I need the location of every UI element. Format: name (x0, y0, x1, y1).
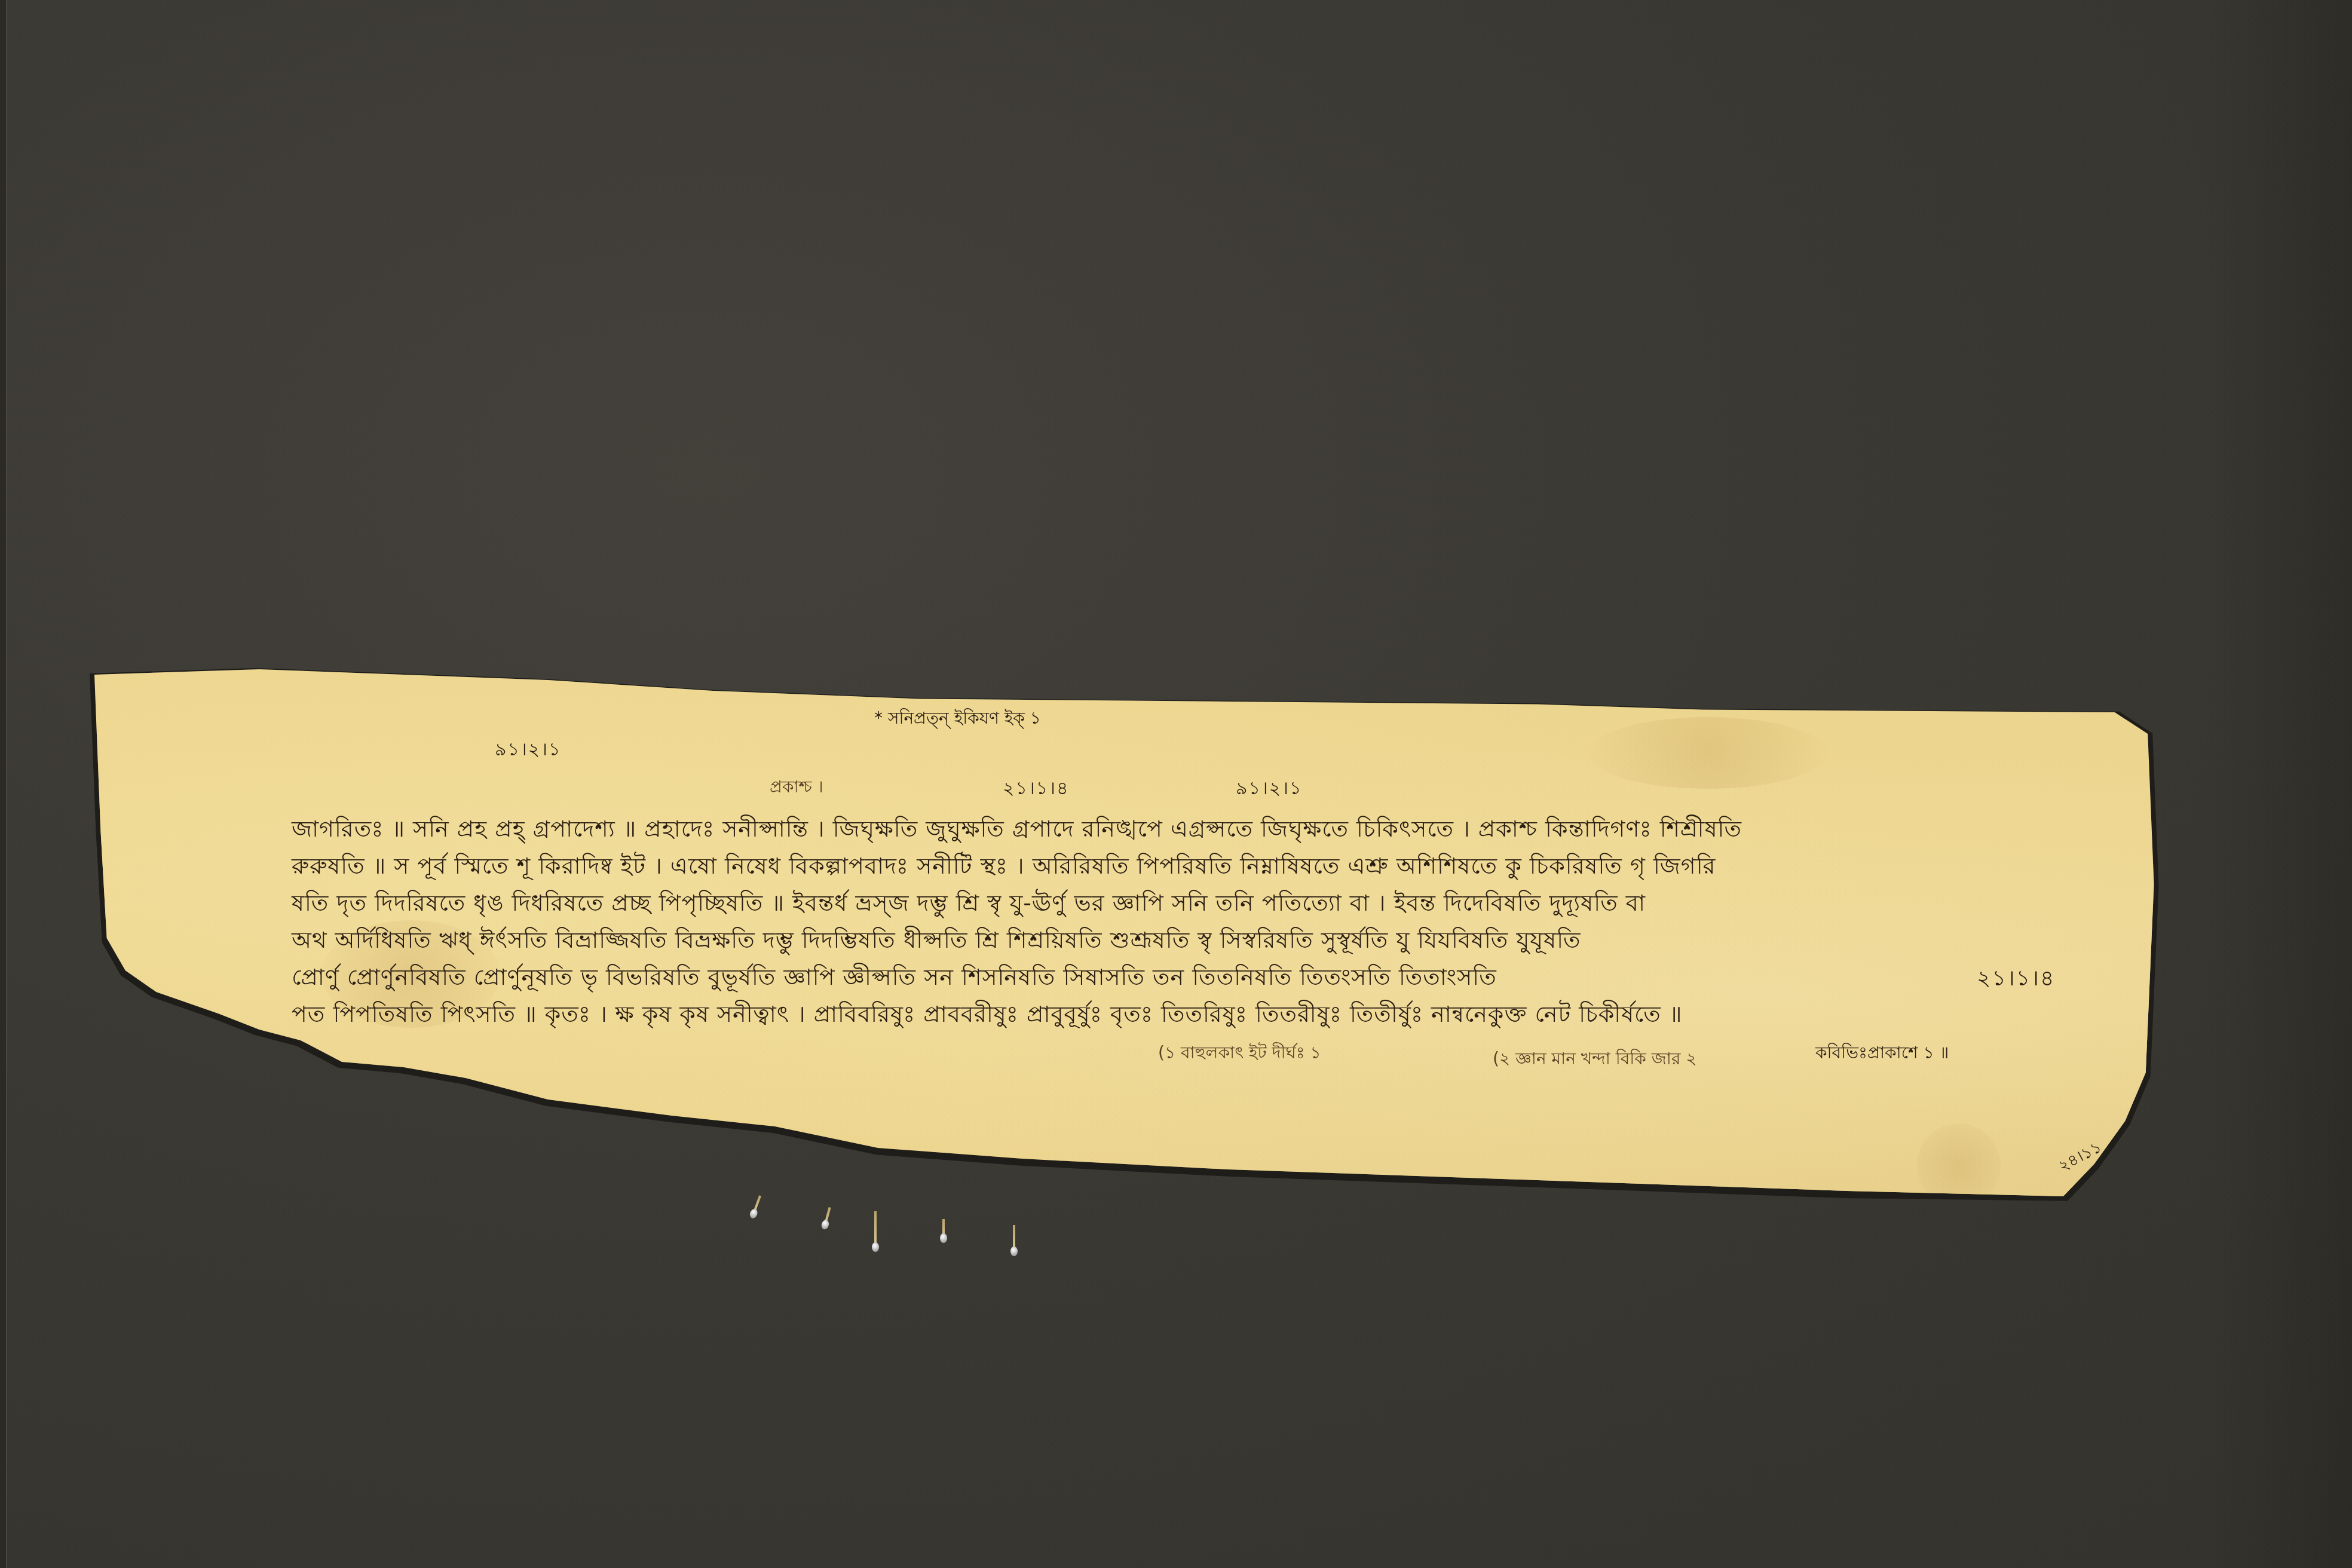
top-insertion: প্রকাশ্চ । (770, 774, 823, 802)
paper-stain (1588, 717, 1827, 789)
right-margin-number: ২১।১।৪ (1977, 962, 2055, 998)
manuscript-folio: ৯১।২।১ * সনিপ্রত্ন্ ইকিযণ ইক্ ১ প্রকাশ্চ… (94, 669, 2156, 1207)
folio-number-left: ৯১।২।১ (495, 735, 561, 765)
footnote-1: (১ বাহুলকাৎ ইট দীর্ঘঃ ১ (1158, 1040, 1321, 1068)
text-line-1: জাগরিতঃ ॥ সনি প্রহ প্রহ্‌ গ্রপাদেশ্য ॥ প… (292, 811, 1742, 850)
pin (942, 1219, 945, 1237)
footnote-2: (২ জ্ঞান মান খন্দা বিকি জার ২ (1493, 1046, 1697, 1074)
text-line-2: রুরুষতি ॥ স পূর্ব স্মিতে শূ কিরাদিষ্ব ইট… (292, 849, 1716, 887)
footnote-3: কবিভিঃপ্রাকাশে ১ ॥ (1815, 1040, 1949, 1068)
text-line-4: অথ অর্দিধিষতি ঋধ্‌ ঈর্ৎসতি বিভ্রাজ্জিষতি… (292, 923, 1581, 961)
catalog-number: ২৪।১১ (2054, 1135, 2106, 1180)
folio-number-right: ৯১।২।১ (1236, 774, 1302, 804)
board-left-edge (0, 0, 7, 1568)
pin (1013, 1225, 1015, 1250)
top-annotation: * সনিপ্রত্ন্ ইকিযণ ইক্ ১ (874, 705, 1041, 733)
text-line-3: ষতি দৃত দিদরিষতে ধৃঙ দিধরিষতে প্রচ্ছ পিপ… (292, 886, 1646, 924)
pin (753, 1195, 761, 1213)
text-line-5: প্রোর্ণু প্রোর্ণুনবিষতি প্রোর্ণুনূষতি ভৃ… (292, 960, 1497, 998)
folio-number-center: ২১।১।৪ (1003, 774, 1069, 804)
board-right-shade (2209, 0, 2352, 1568)
pin (874, 1211, 877, 1246)
text-line-6: পত পিপতিষতি পিৎসতি ॥ কৃতঃ । ক্ষ কৃষ কৃষ … (292, 997, 1682, 1035)
pin (824, 1207, 831, 1224)
